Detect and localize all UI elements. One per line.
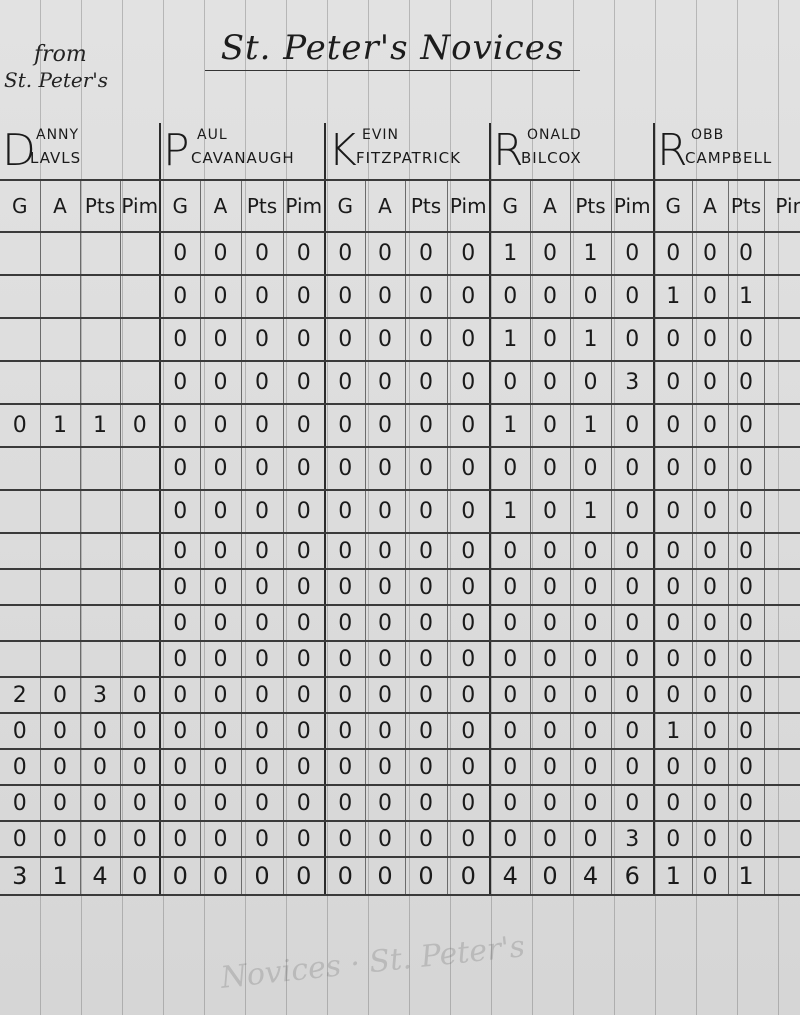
- stat-cell-pts: 0: [728, 713, 764, 749]
- game-row: 000000001010000: [0, 232, 800, 275]
- column-header-pts: Pts: [405, 180, 447, 232]
- stat-cell-a: 0: [40, 677, 80, 713]
- stat-cell-pts: 1: [80, 404, 120, 447]
- stat-cell-pim: [764, 821, 800, 857]
- total-cell-pts: 0: [241, 857, 283, 895]
- player-name-cell: DANNYLAVLS: [0, 123, 160, 180]
- total-cell-a: 1: [40, 857, 80, 895]
- total-cell-pts: 4: [570, 857, 611, 895]
- stat-cell-pim: 0: [447, 713, 490, 749]
- stat-cell-g: 0: [654, 404, 692, 447]
- stat-cell-pts: 1: [728, 275, 764, 318]
- stat-cell-pts: 0: [728, 821, 764, 857]
- column-header-g: G: [490, 180, 530, 232]
- stat-cell-a: 0: [530, 232, 570, 275]
- stat-cell-a: 0: [530, 447, 570, 490]
- column-header-pim: Pim: [611, 180, 654, 232]
- stat-cell-a: 0: [200, 361, 241, 404]
- stat-cell-a: 0: [200, 713, 241, 749]
- stat-cell-g: 0: [160, 404, 200, 447]
- side-note-line1: from: [4, 42, 154, 68]
- stat-cell-pts: 0: [570, 785, 611, 821]
- stat-cell-g: 0: [160, 533, 200, 569]
- stat-cell-a: 0: [365, 490, 405, 533]
- stat-cell-pim: 0: [611, 641, 654, 677]
- stat-cell-pim: 0: [611, 275, 654, 318]
- game-row: 000000000000000: [0, 533, 800, 569]
- stat-cell-a: [40, 605, 80, 641]
- stat-cell-a: 0: [692, 569, 728, 605]
- stat-cell-g: 1: [490, 318, 530, 361]
- stat-cell-g: 0: [160, 605, 200, 641]
- stat-cell-pim: [764, 404, 800, 447]
- stat-cell-pts: 0: [728, 447, 764, 490]
- game-row: 000000000000000: [0, 447, 800, 490]
- stat-cell-a: 0: [530, 677, 570, 713]
- player-initial: R: [493, 127, 524, 175]
- stat-cell-pts: 0: [728, 404, 764, 447]
- stat-cell-pim: 0: [283, 677, 325, 713]
- stat-cell-pim: 0: [447, 232, 490, 275]
- column-header-row: GAPtsPimGAPtsPimGAPtsPimGAPtsPimGAPtsPim: [0, 180, 800, 232]
- stat-cell-pim: 0: [283, 275, 325, 318]
- stat-cell-pts: 0: [405, 232, 447, 275]
- stat-cell-pts: 0: [241, 275, 283, 318]
- total-cell-g: 3: [0, 857, 40, 895]
- stat-cell-pim: 0: [283, 232, 325, 275]
- stat-cell-pts: 0: [80, 785, 120, 821]
- stat-cell-pim: [120, 605, 160, 641]
- column-header-a: A: [692, 180, 728, 232]
- stat-cell-pts: 0: [241, 713, 283, 749]
- player-first-name: OBB: [691, 127, 724, 143]
- stat-cell-a: 0: [200, 677, 241, 713]
- player-first-name: ANNY: [36, 127, 79, 143]
- stat-cell-pts: 0: [728, 533, 764, 569]
- stat-cell-a: 0: [692, 605, 728, 641]
- player-last-name: LAVLS: [30, 149, 81, 167]
- total-cell-a: 0: [530, 857, 570, 895]
- player-name-cell: PAULCAVANAUGH: [160, 123, 325, 180]
- stat-cell-pts: 0: [728, 569, 764, 605]
- stat-cell-pim: [764, 785, 800, 821]
- stat-cell-pts: 0: [728, 785, 764, 821]
- stat-cell-g: 2: [0, 677, 40, 713]
- stat-cell-g: 0: [654, 821, 692, 857]
- stat-cell-a: 0: [365, 785, 405, 821]
- game-row: 0110000000001010000: [0, 404, 800, 447]
- player-initial: R: [657, 127, 688, 175]
- stat-cell-pts: [80, 232, 120, 275]
- total-cell-g: 0: [325, 857, 365, 895]
- stat-cell-pts: 0: [728, 318, 764, 361]
- stat-cell-pim: 0: [611, 404, 654, 447]
- stat-cell-pim: 0: [611, 447, 654, 490]
- column-header-pim: Pim: [764, 180, 800, 232]
- game-row: 000000001010000: [0, 490, 800, 533]
- stat-cell-a: 0: [692, 749, 728, 785]
- stat-cell-g: [0, 605, 40, 641]
- stat-cell-pim: 0: [447, 641, 490, 677]
- stat-cell-a: 0: [365, 404, 405, 447]
- player-last-name: CAVANAUGH: [191, 149, 295, 167]
- stat-cell-pim: 0: [611, 605, 654, 641]
- stat-cell-a: 0: [692, 361, 728, 404]
- stat-cell-pts: 0: [405, 275, 447, 318]
- stat-cell-pts: 0: [80, 713, 120, 749]
- player-name-cell: KEVINFITZPATRICK: [325, 123, 490, 180]
- stat-cell-a: 0: [530, 275, 570, 318]
- stat-cell-a: 0: [200, 605, 241, 641]
- stat-cell-g: [0, 361, 40, 404]
- game-row: 0000000000000003000: [0, 821, 800, 857]
- total-cell-g: 1: [654, 857, 692, 895]
- stat-cell-pts: 0: [405, 641, 447, 677]
- column-header-g: G: [0, 180, 40, 232]
- stat-cell-pim: 0: [447, 447, 490, 490]
- stat-cell-g: 0: [325, 404, 365, 447]
- stat-cell-pts: 1: [570, 318, 611, 361]
- stat-cell-pts: 0: [405, 361, 447, 404]
- stat-cell-g: 0: [325, 447, 365, 490]
- total-cell-pts: 0: [405, 857, 447, 895]
- stat-cell-g: 0: [160, 318, 200, 361]
- stat-cell-g: 0: [490, 361, 530, 404]
- stat-cell-g: 0: [654, 749, 692, 785]
- stat-cell-g: 0: [160, 641, 200, 677]
- stat-cell-a: 0: [200, 404, 241, 447]
- stat-cell-g: 0: [654, 569, 692, 605]
- stat-cell-pts: [80, 641, 120, 677]
- column-header-g: G: [160, 180, 200, 232]
- stat-cell-pts: 0: [80, 821, 120, 857]
- game-row: 0000000000000000100: [0, 713, 800, 749]
- stat-cell-g: 0: [325, 569, 365, 605]
- stat-cell-pts: 0: [570, 641, 611, 677]
- stat-cell-pts: 0: [80, 749, 120, 785]
- player-name-cell: ROBBCAMPBELL: [654, 123, 800, 180]
- stat-cell-g: 0: [490, 749, 530, 785]
- stat-cell-a: 0: [200, 533, 241, 569]
- stat-cell-pim: [120, 232, 160, 275]
- stat-cell-g: 1: [490, 404, 530, 447]
- stat-cell-pts: 0: [241, 232, 283, 275]
- stat-cell-a: 0: [530, 361, 570, 404]
- stat-cell-pim: 0: [611, 569, 654, 605]
- stat-cell-g: 0: [325, 785, 365, 821]
- player-last-name: CAMPBELL: [685, 149, 772, 167]
- total-cell-pts: 1: [728, 857, 764, 895]
- stat-cell-pts: [80, 605, 120, 641]
- stat-cell-g: [0, 569, 40, 605]
- stat-cell-a: 0: [530, 821, 570, 857]
- stat-cell-a: 0: [692, 490, 728, 533]
- stat-cell-pim: 0: [120, 821, 160, 857]
- stat-cell-pim: [764, 232, 800, 275]
- stat-cell-g: 1: [654, 713, 692, 749]
- game-row: 000000001010000: [0, 318, 800, 361]
- stat-cell-pts: 0: [405, 404, 447, 447]
- stat-cell-pim: 0: [447, 361, 490, 404]
- stat-cell-pts: [80, 447, 120, 490]
- stat-cell-pim: 0: [611, 713, 654, 749]
- column-header-g: G: [654, 180, 692, 232]
- stat-cell-pts: 1: [570, 232, 611, 275]
- stat-cell-g: 0: [490, 447, 530, 490]
- stat-cell-pts: 0: [570, 821, 611, 857]
- stat-cell-g: 0: [325, 749, 365, 785]
- stat-cell-pim: [764, 605, 800, 641]
- stat-cell-pts: 0: [728, 232, 764, 275]
- stat-cell-g: 0: [325, 821, 365, 857]
- total-cell-a: 0: [200, 857, 241, 895]
- stat-cell-g: 0: [160, 447, 200, 490]
- game-row: 000000000000000: [0, 569, 800, 605]
- stat-cell-pts: [80, 490, 120, 533]
- stat-cell-g: 0: [160, 677, 200, 713]
- stat-cell-pim: [120, 533, 160, 569]
- stat-cell-g: 0: [160, 749, 200, 785]
- stat-cell-g: 0: [654, 533, 692, 569]
- stat-cell-pts: 0: [405, 490, 447, 533]
- stat-cell-pim: 0: [447, 677, 490, 713]
- stat-cell-pts: [80, 569, 120, 605]
- stat-cell-g: 0: [654, 447, 692, 490]
- stat-cell-pim: 0: [283, 713, 325, 749]
- stat-cell-g: 0: [325, 677, 365, 713]
- stat-cell-a: 0: [365, 447, 405, 490]
- stat-cell-pim: 0: [447, 404, 490, 447]
- stat-cell-a: 0: [365, 605, 405, 641]
- stat-cell-g: 0: [0, 749, 40, 785]
- stat-cell-g: 0: [0, 713, 40, 749]
- game-row: 000000000000000: [0, 641, 800, 677]
- player-last-name: BILCOX: [521, 149, 582, 167]
- stat-cell-pts: 0: [405, 447, 447, 490]
- stat-cell-a: 0: [692, 533, 728, 569]
- stat-cell-pts: 0: [241, 490, 283, 533]
- stat-cell-pim: 0: [611, 785, 654, 821]
- stat-cell-pim: 0: [120, 785, 160, 821]
- column-header-pim: Pim: [120, 180, 160, 232]
- stat-cell-g: [0, 232, 40, 275]
- stat-cell-g: 0: [160, 490, 200, 533]
- stat-cell-pts: 0: [241, 447, 283, 490]
- stat-cell-a: 0: [200, 275, 241, 318]
- stat-cell-a: 0: [365, 318, 405, 361]
- stat-cell-g: [0, 641, 40, 677]
- total-cell-pts: 4: [80, 857, 120, 895]
- stat-cell-a: 0: [365, 232, 405, 275]
- column-header-a: A: [40, 180, 80, 232]
- stat-cell-g: [0, 533, 40, 569]
- stat-cell-pts: 0: [241, 569, 283, 605]
- stat-cell-g: 0: [160, 785, 200, 821]
- stat-cell-a: 1: [40, 404, 80, 447]
- stat-cell-g: 0: [654, 490, 692, 533]
- stat-cell-a: 0: [365, 677, 405, 713]
- stat-cell-pim: 0: [447, 605, 490, 641]
- stat-cell-g: 1: [490, 232, 530, 275]
- column-header-pts: Pts: [728, 180, 764, 232]
- stat-cell-a: 0: [365, 749, 405, 785]
- stat-cell-a: 0: [200, 447, 241, 490]
- stat-cell-pts: 0: [570, 605, 611, 641]
- stat-cell-pts: 0: [241, 605, 283, 641]
- stat-cell-pts: 0: [570, 275, 611, 318]
- stat-cell-a: 0: [692, 232, 728, 275]
- stat-cell-pts: 0: [241, 318, 283, 361]
- stat-cell-a: 0: [365, 821, 405, 857]
- stat-cell-pim: 0: [447, 490, 490, 533]
- stat-cell-a: 0: [200, 821, 241, 857]
- stat-cell-g: 0: [325, 713, 365, 749]
- stat-cell-pim: 3: [611, 821, 654, 857]
- game-row: 000000000003000: [0, 361, 800, 404]
- stat-cell-a: 0: [40, 713, 80, 749]
- player-last-name: FITZPATRICK: [356, 149, 461, 167]
- stat-cell-pts: [80, 275, 120, 318]
- player-name-cell: RONALDBILCOX: [490, 123, 654, 180]
- stat-cell-pim: 0: [283, 821, 325, 857]
- stat-cell-a: [40, 275, 80, 318]
- game-row: 0000000000000000000: [0, 749, 800, 785]
- stat-cell-pim: [120, 490, 160, 533]
- stat-cell-pim: [120, 361, 160, 404]
- player-first-name: EVIN: [362, 127, 399, 143]
- page-title: St. Peter's Novices: [205, 28, 580, 71]
- stat-cell-pts: [80, 361, 120, 404]
- stat-cell-pts: [80, 318, 120, 361]
- stat-cell-a: 0: [692, 404, 728, 447]
- stat-cell-pim: [120, 641, 160, 677]
- total-cell-pim: [764, 857, 800, 895]
- stat-cell-g: 0: [325, 490, 365, 533]
- stat-cell-g: 0: [490, 821, 530, 857]
- stat-cell-a: [40, 533, 80, 569]
- stat-cell-pim: [764, 318, 800, 361]
- stat-cell-pim: [120, 318, 160, 361]
- stat-cell-g: [0, 318, 40, 361]
- stat-cell-pts: 0: [241, 404, 283, 447]
- stat-cell-g: [0, 275, 40, 318]
- game-row: 2030000000000000000: [0, 677, 800, 713]
- stat-cell-a: 0: [530, 605, 570, 641]
- side-note-line2: St. Peter's: [4, 68, 154, 92]
- stat-cell-a: 0: [530, 318, 570, 361]
- stat-cell-a: 0: [365, 569, 405, 605]
- total-cell-a: 0: [692, 857, 728, 895]
- stat-cell-a: 0: [200, 749, 241, 785]
- stat-cell-pts: 0: [241, 361, 283, 404]
- stat-cell-a: 0: [530, 749, 570, 785]
- stat-cell-pim: 0: [447, 533, 490, 569]
- stat-cell-pts: 0: [241, 821, 283, 857]
- stat-cell-g: 0: [490, 605, 530, 641]
- stat-cell-pim: [764, 713, 800, 749]
- stat-cell-a: 0: [40, 785, 80, 821]
- stat-cell-pts: 0: [241, 677, 283, 713]
- stat-cell-a: 0: [200, 318, 241, 361]
- stat-cell-pim: 0: [120, 677, 160, 713]
- stat-cell-a: 0: [692, 785, 728, 821]
- stat-cell-g: 0: [654, 641, 692, 677]
- stat-cell-pim: 0: [611, 749, 654, 785]
- total-cell-pim: 0: [447, 857, 490, 895]
- stat-cell-pim: [764, 361, 800, 404]
- stat-cell-a: 0: [365, 533, 405, 569]
- stat-cell-pts: 0: [728, 361, 764, 404]
- stat-cell-g: [0, 447, 40, 490]
- stat-cell-g: 0: [0, 404, 40, 447]
- player-initial: P: [163, 127, 190, 175]
- stat-cell-pim: 3: [611, 361, 654, 404]
- stat-cell-a: 0: [692, 447, 728, 490]
- column-header-g: G: [325, 180, 365, 232]
- column-header-a: A: [200, 180, 241, 232]
- stat-cell-pim: 0: [611, 677, 654, 713]
- game-row: 0000000000000000000: [0, 785, 800, 821]
- column-header-pts: Pts: [570, 180, 611, 232]
- stat-cell-a: 0: [200, 232, 241, 275]
- stat-cell-a: 0: [692, 821, 728, 857]
- stat-cell-pts: 0: [405, 318, 447, 361]
- stat-cell-pim: 0: [611, 232, 654, 275]
- stat-cell-g: 0: [490, 713, 530, 749]
- stat-cell-pim: [764, 447, 800, 490]
- stat-cell-a: 0: [692, 713, 728, 749]
- column-header-pts: Pts: [241, 180, 283, 232]
- stat-cell-a: [40, 569, 80, 605]
- stat-cell-pim: [120, 569, 160, 605]
- stat-cell-pts: 0: [570, 713, 611, 749]
- stat-cell-pts: 0: [570, 361, 611, 404]
- stat-cell-a: 0: [40, 749, 80, 785]
- stat-cell-g: 0: [160, 275, 200, 318]
- stat-cell-pim: 0: [447, 785, 490, 821]
- stat-cell-a: 0: [692, 641, 728, 677]
- stat-cell-g: 0: [160, 713, 200, 749]
- totals-row: 3140000000004046101: [0, 857, 800, 895]
- stat-cell-pim: 0: [120, 713, 160, 749]
- stat-cell-g: 0: [325, 533, 365, 569]
- stat-cell-a: 0: [692, 318, 728, 361]
- stat-cell-pts: 0: [405, 749, 447, 785]
- stat-cell-a: [40, 318, 80, 361]
- stat-cell-pim: [764, 677, 800, 713]
- stat-cell-pim: [120, 275, 160, 318]
- total-cell-pim: 6: [611, 857, 654, 895]
- stat-cell-a: [40, 447, 80, 490]
- stat-cell-pts: 0: [728, 641, 764, 677]
- stat-cell-a: [40, 232, 80, 275]
- stat-cell-pim: 0: [283, 447, 325, 490]
- stat-cell-a: 0: [530, 569, 570, 605]
- stat-cell-a: 0: [692, 275, 728, 318]
- stat-cell-pim: 0: [283, 533, 325, 569]
- stat-cell-a: 0: [530, 785, 570, 821]
- stat-cell-g: 0: [490, 533, 530, 569]
- game-row: 000000000000000: [0, 605, 800, 641]
- stat-cell-a: 0: [530, 713, 570, 749]
- stat-cell-a: 0: [200, 569, 241, 605]
- stat-cell-pts: 0: [405, 713, 447, 749]
- stat-cell-pts: 0: [405, 785, 447, 821]
- stat-cell-pim: 0: [447, 569, 490, 605]
- player-first-name: ONALD: [527, 127, 582, 143]
- side-note: from St. Peter's: [4, 42, 154, 92]
- stat-cell-a: 0: [365, 361, 405, 404]
